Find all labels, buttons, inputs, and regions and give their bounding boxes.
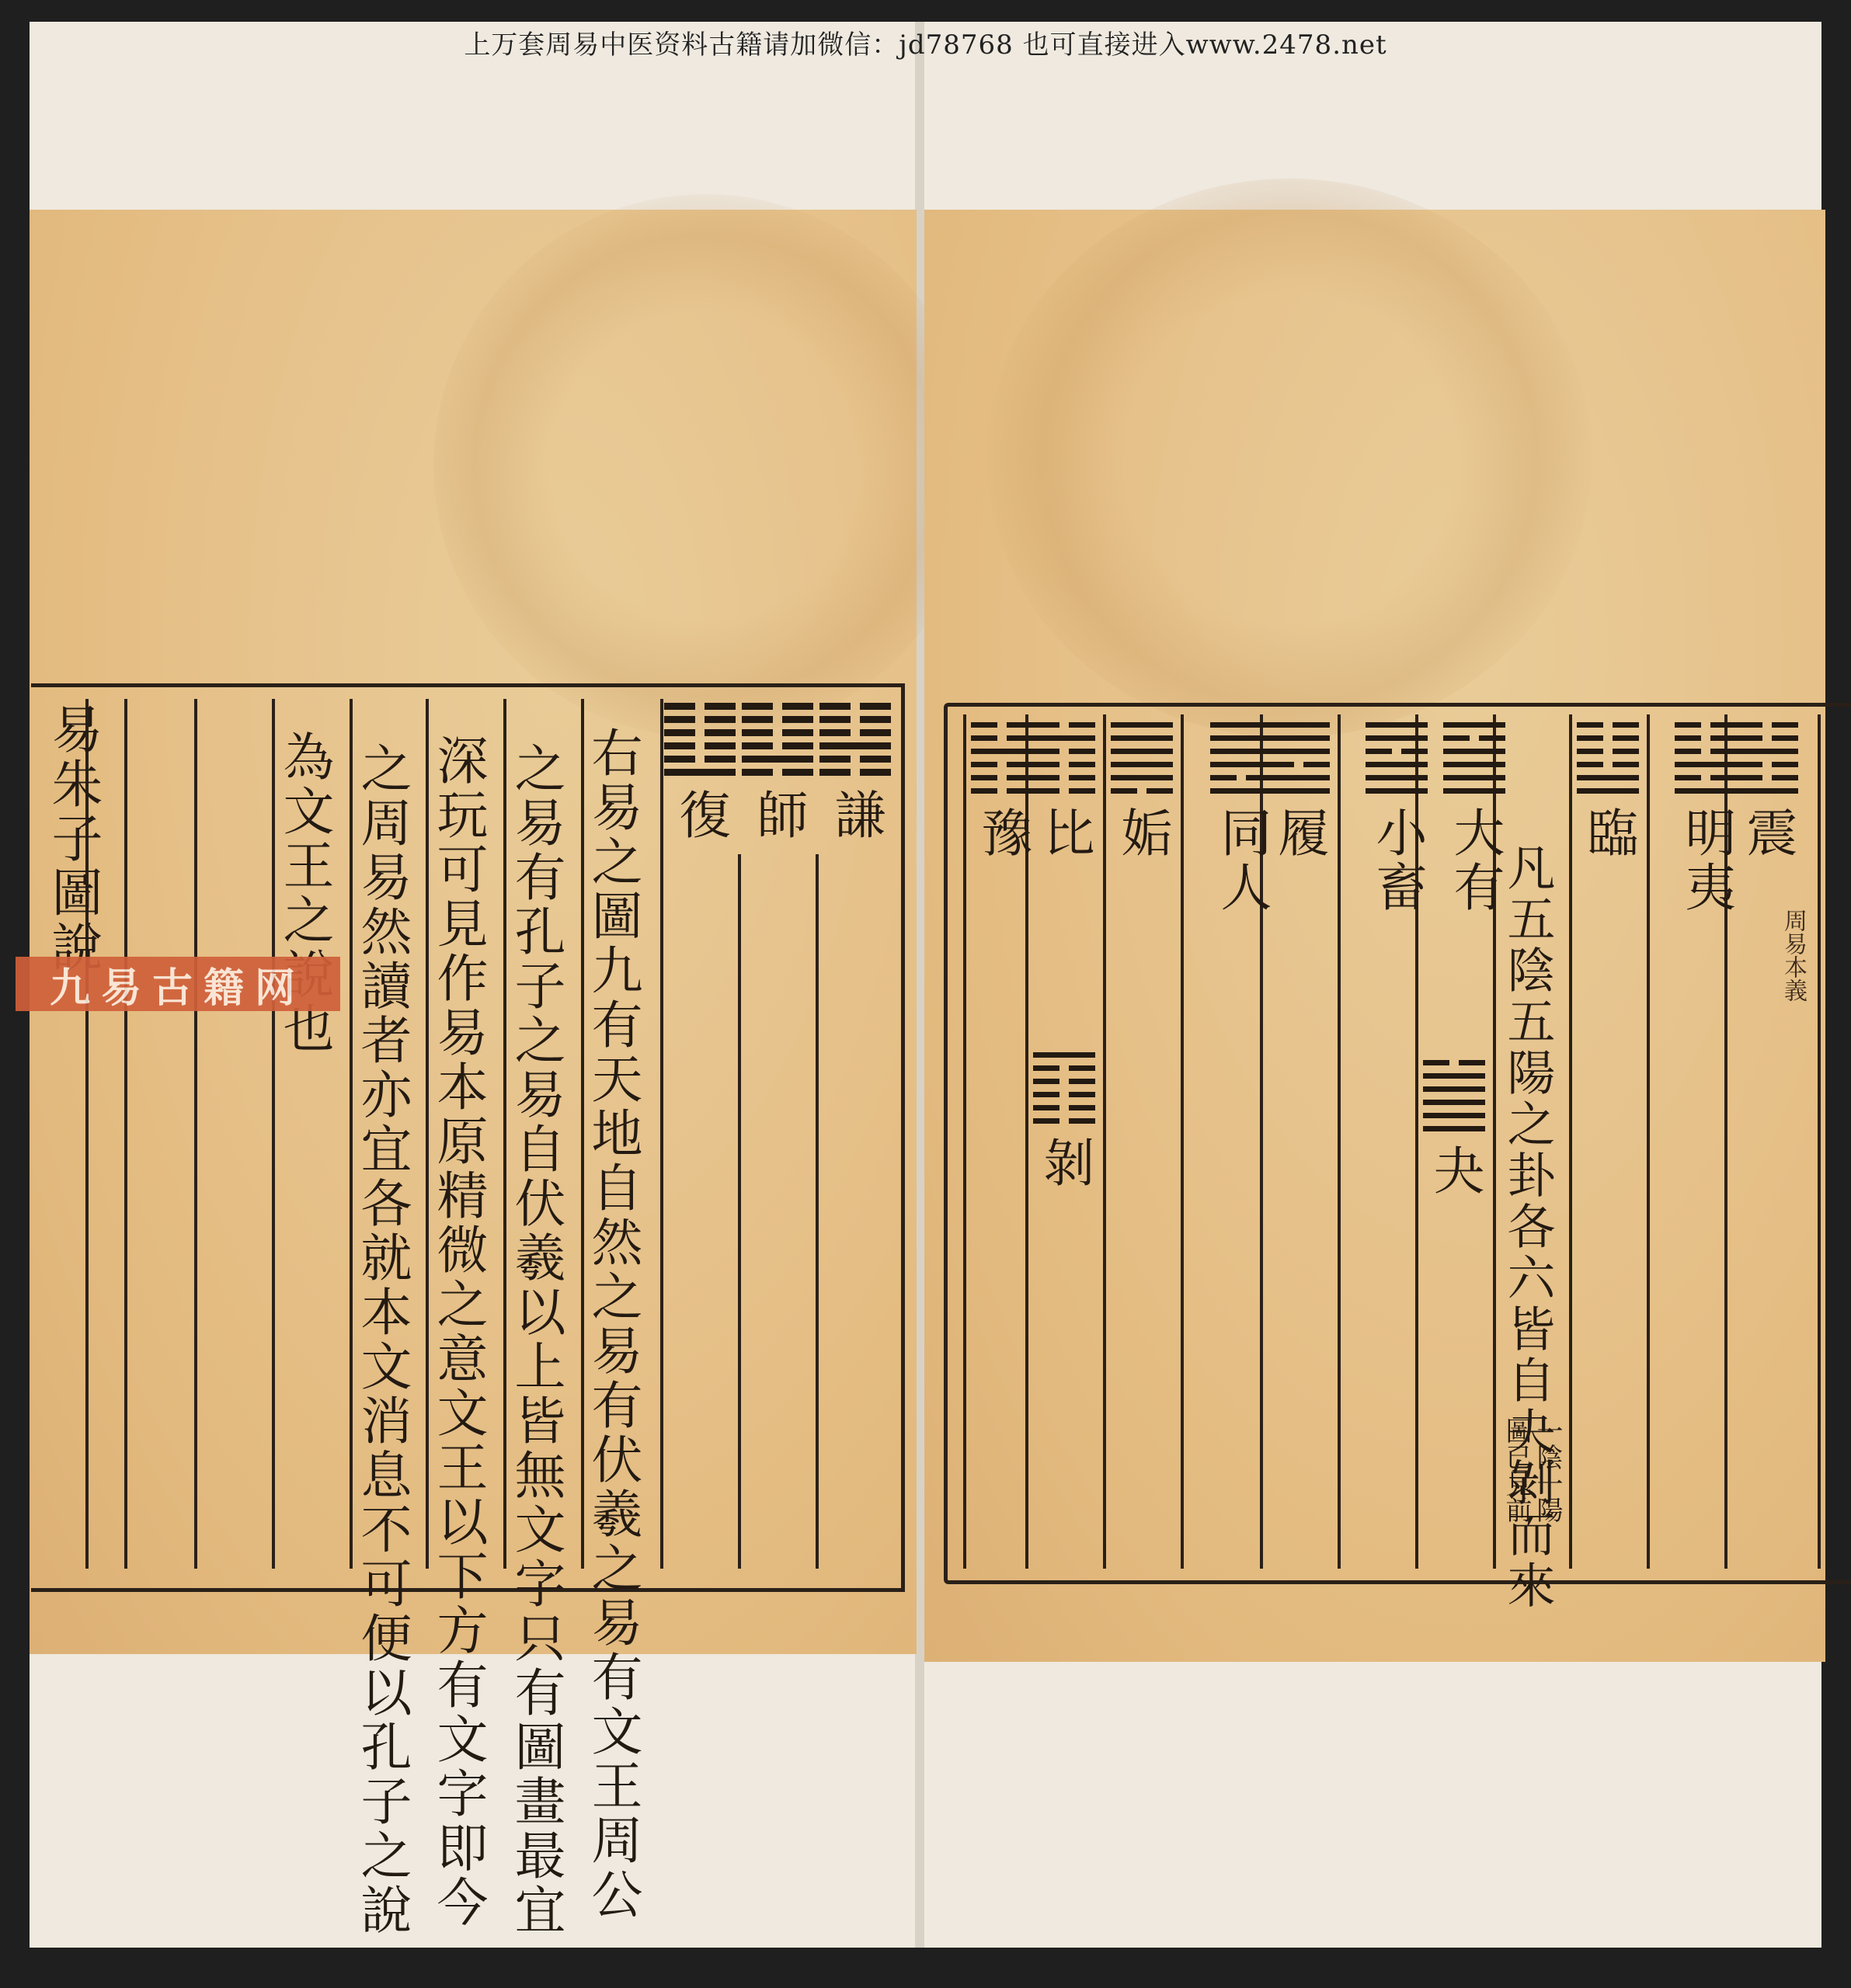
hexagram-lines-icon bbox=[1577, 722, 1639, 794]
column-rule bbox=[660, 699, 663, 1569]
hexagram-lines-icon bbox=[1111, 722, 1173, 794]
site-watermark-label: 九易古籍网 bbox=[16, 957, 340, 1011]
column-rule bbox=[1647, 714, 1650, 1569]
hexagram-name: 姤 bbox=[1116, 806, 1167, 860]
hexagram-lines-icon bbox=[971, 722, 1033, 794]
hexagram-qian: 謙 bbox=[819, 703, 891, 843]
hexagram-lin: 臨 bbox=[1577, 722, 1639, 860]
hexagram-tongren: 同人 bbox=[1190, 722, 1293, 915]
note-small-a: 一陰一陽 bbox=[1534, 1417, 1560, 1523]
hexagram-bi: 比 bbox=[1033, 722, 1095, 860]
hexagram-bo: 剝 bbox=[1033, 1052, 1095, 1190]
hexagram-lines-icon bbox=[664, 703, 736, 776]
column-rule bbox=[738, 854, 741, 1569]
hexagram-name: 夬 bbox=[1428, 1144, 1480, 1198]
hexagram-name: 臨 bbox=[1582, 806, 1634, 860]
hexagram-name: 復 bbox=[674, 788, 725, 843]
hexagram-lines-icon bbox=[1443, 722, 1505, 794]
note-small-b: 圖已見前 bbox=[1503, 1417, 1529, 1523]
column-rule bbox=[816, 854, 819, 1569]
text-column-2: 之易有孔子之易自伏羲以上皆無文字只有圖畫最宜 bbox=[510, 742, 561, 1938]
column-rule bbox=[124, 699, 127, 1569]
hexagram-name: 比 bbox=[1039, 806, 1090, 860]
hexagram-name: 小畜 bbox=[1371, 806, 1422, 915]
hexagram-name: 謙 bbox=[830, 788, 881, 843]
hexagram-lines-icon bbox=[1033, 1052, 1095, 1124]
hexagram-lines-icon bbox=[1423, 1060, 1485, 1131]
hexagram-yu: 豫 bbox=[971, 722, 1033, 860]
hexagram-lines-icon bbox=[742, 703, 813, 776]
hexagram-name: 師 bbox=[752, 788, 803, 843]
hexagram-name: 大有 bbox=[1449, 806, 1500, 915]
column-rule bbox=[1338, 714, 1341, 1569]
text-column-1: 右易之圖九有天地自然之易有伏羲之易有文王周公 bbox=[586, 726, 638, 1922]
hexagram-lines-icon bbox=[1033, 722, 1095, 794]
hexagram-name: 同人 bbox=[1216, 806, 1267, 915]
hexagram-name: 剝 bbox=[1039, 1136, 1090, 1190]
column-rule bbox=[963, 714, 966, 1569]
column-rule bbox=[1818, 714, 1821, 1569]
column-rule bbox=[1181, 714, 1184, 1569]
column-rule bbox=[1103, 714, 1106, 1569]
hexagram-lines-icon bbox=[1366, 722, 1428, 794]
column-rule bbox=[194, 699, 197, 1569]
column-rule bbox=[901, 683, 904, 1584]
hexagram-lines-icon bbox=[1675, 722, 1737, 794]
hexagram-lines-icon bbox=[819, 703, 891, 776]
hexagram-fu: 復 bbox=[664, 703, 736, 843]
hexagram-shi: 師 bbox=[742, 703, 813, 843]
hexagram-guai: 夬 bbox=[1423, 1060, 1485, 1198]
hexagram-gou: 姤 bbox=[1111, 722, 1173, 860]
hexagram-name: 明夷 bbox=[1680, 806, 1731, 915]
watermark-banner: 上万套周易中医资料古籍请加微信：jd78768 也可直接进入www.2478.n… bbox=[0, 23, 1851, 61]
book-title-column: 易朱子圖說 bbox=[47, 703, 98, 975]
text-column-3: 深玩可見作易本原精微之意文王以下方有文字即今 bbox=[432, 734, 483, 1930]
hexagram-mingyi: 明夷 bbox=[1654, 722, 1757, 915]
hexagram-name: 豫 bbox=[976, 806, 1028, 860]
hexagram-xiaoxu: 小畜 bbox=[1345, 722, 1448, 915]
water-stain bbox=[986, 179, 1592, 738]
column-rule bbox=[1569, 714, 1572, 1569]
page-edge-label: 周易本義 bbox=[1783, 909, 1810, 1359]
water-stain bbox=[433, 194, 977, 738]
hexagram-lines-icon bbox=[1210, 722, 1272, 794]
text-column-4: 之周易然讀者亦宜各就本文消息不可便以孔子之說 bbox=[356, 742, 407, 1938]
